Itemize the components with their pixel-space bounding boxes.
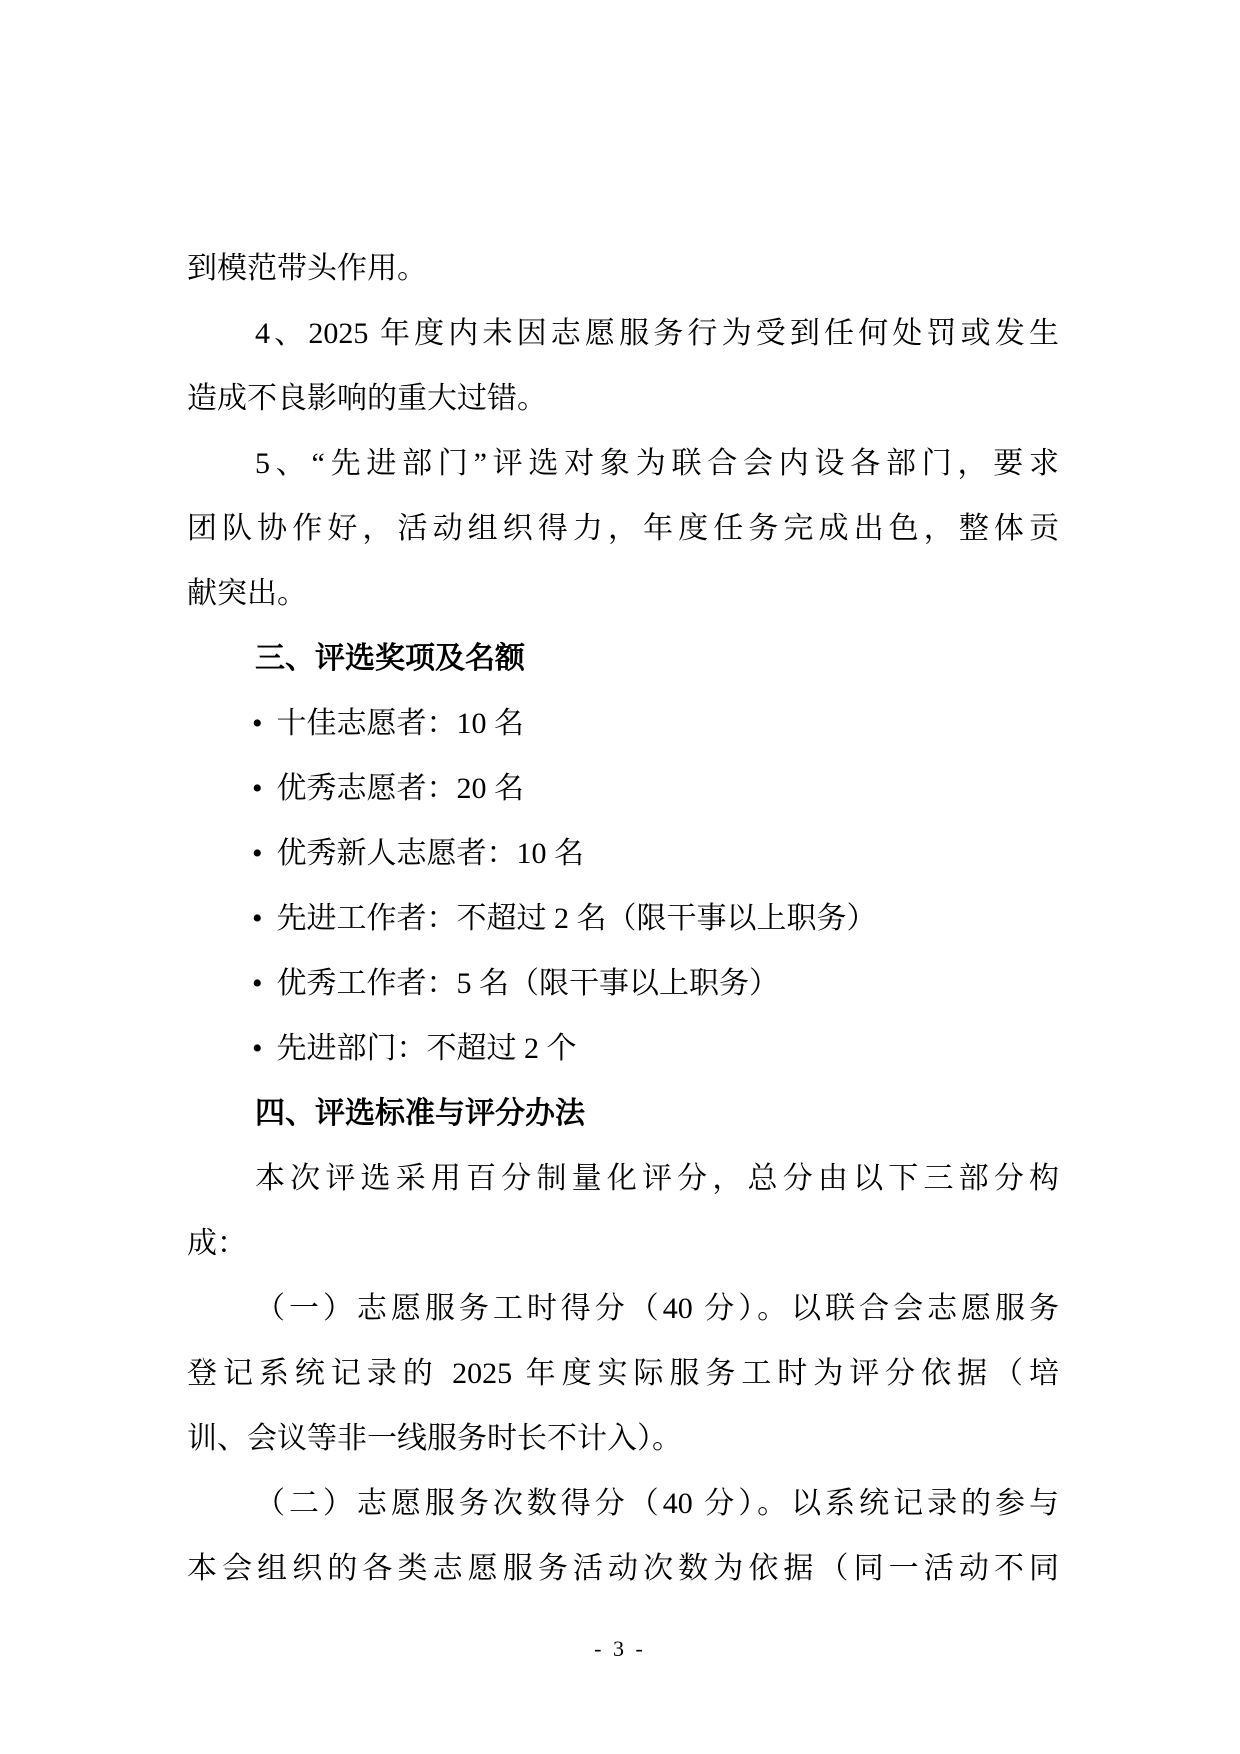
text-line: 到模范带头作用。 — [187, 236, 1059, 301]
document-body: 到模范带头作用。 4、2025 年度内未因志愿服务行为受到任何处罚或发生 造成不… — [187, 236, 1059, 1601]
text-line: 造成不良影响的重大过错。 — [187, 366, 1059, 431]
bullet-item: •优秀工作者：5 名（限干事以上职务） — [187, 951, 1059, 1016]
document-page: 到模范带头作用。 4、2025 年度内未因志愿服务行为受到任何处罚或发生 造成不… — [0, 0, 1240, 1754]
bullet-icon: • — [252, 886, 263, 951]
text-line: 成： — [187, 1211, 1059, 1276]
bullet-item: •优秀志愿者：20 名 — [187, 756, 1059, 821]
text-line: 献突出。 — [187, 561, 1059, 626]
bullet-icon: • — [252, 821, 263, 886]
bullet-item-label: 先进工作者：不超过 2 名（限干事以上职务） — [277, 902, 877, 935]
bullet-icon: • — [252, 756, 263, 821]
bullet-icon: • — [252, 951, 263, 1016]
bullet-item-label: 优秀志愿者：20 名 — [277, 772, 525, 805]
bullet-item: •优秀新人志愿者：10 名 — [187, 821, 1059, 886]
text-line: 本次评选采用百分制量化评分，总分由以下三部分构 — [187, 1146, 1059, 1211]
bullet-item: •十佳志愿者：10 名 — [187, 691, 1059, 756]
bullet-item-label: 优秀新人志愿者：10 名 — [277, 837, 585, 870]
text-line: （二）志愿服务次数得分（40 分）。以系统记录的参与 — [187, 1471, 1059, 1536]
section-heading-awards: 三、评选奖项及名额 — [187, 626, 1059, 691]
page-number: - 3 - — [0, 1632, 1240, 1666]
bullet-item: •先进工作者：不超过 2 名（限干事以上职务） — [187, 886, 1059, 951]
text-line: 4、2025 年度内未因志愿服务行为受到任何处罚或发生 — [187, 301, 1059, 366]
text-line: 团队协作好，活动组织得力，年度任务完成出色，整体贡 — [187, 496, 1059, 561]
section-heading-criteria: 四、评选标准与评分办法 — [187, 1081, 1059, 1146]
bullet-item-label: 优秀工作者：5 名（限干事以上职务） — [277, 967, 780, 1000]
text-line: （一）志愿服务工时得分（40 分）。以联合会志愿服务 — [187, 1276, 1059, 1341]
bullet-item-label: 十佳志愿者：10 名 — [277, 707, 525, 740]
text-line: 登记系统记录的 2025 年度实际服务工时为评分依据（培 — [187, 1341, 1059, 1406]
bullet-item: •先进部门：不超过 2 个 — [187, 1016, 1059, 1081]
bullet-item-label: 先进部门：不超过 2 个 — [277, 1032, 577, 1065]
text-line: 5、“先进部门”评选对象为联合会内设各部门，要求 — [187, 431, 1059, 496]
bullet-icon: • — [252, 1016, 263, 1081]
text-line: 本会组织的各类志愿服务活动次数为依据（同一活动不同 — [187, 1536, 1059, 1601]
text-line: 训、会议等非一线服务时长不计入）。 — [187, 1406, 1059, 1471]
bullet-icon: • — [252, 691, 263, 756]
